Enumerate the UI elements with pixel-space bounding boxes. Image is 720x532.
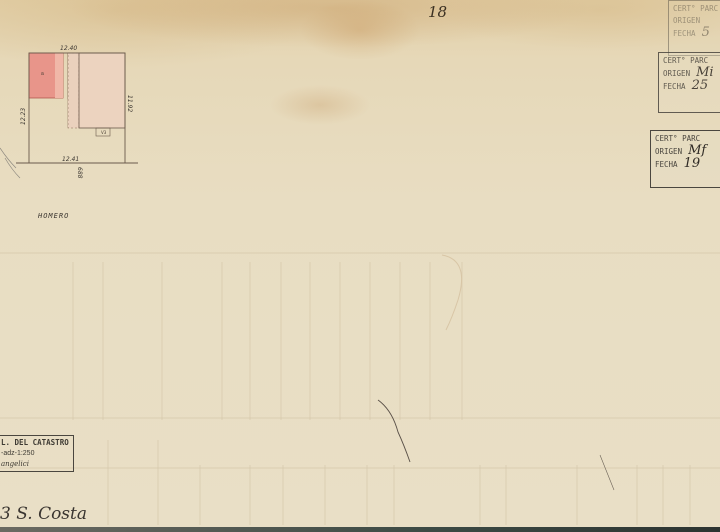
svg-text:a: a [41, 71, 44, 77]
catastro-stamp: L. DEL CATASTRO -adz-1:250 angelici [0, 435, 74, 472]
scan-edge [0, 527, 720, 532]
svg-text:V3: V3 [101, 130, 107, 135]
svg-text:11.92: 11.92 [126, 95, 133, 112]
svg-text:688: 688 [76, 167, 83, 179]
lot-plan: V3 a 12.40 12.41 12.23 11.92 688 [0, 38, 160, 228]
pencil-stroke [378, 400, 410, 462]
signature: 3 S. Costa [0, 504, 87, 524]
svg-text:12.23: 12.23 [20, 108, 27, 125]
certificate-stamp-3: CERT° PARC ORIGENMf FECHA19 [650, 130, 720, 188]
svg-text:12.41: 12.41 [62, 156, 79, 163]
svg-text:12.40: 12.40 [60, 45, 77, 52]
street-label: HOMERO [38, 212, 69, 220]
certificate-stamp-2: CERT° PARC ORIGENMi FECHA25 [658, 52, 720, 113]
page-number: 18 [428, 3, 447, 21]
certificate-stamp-1: CERT° PARC ORIGEN FECHA5 [668, 0, 720, 56]
